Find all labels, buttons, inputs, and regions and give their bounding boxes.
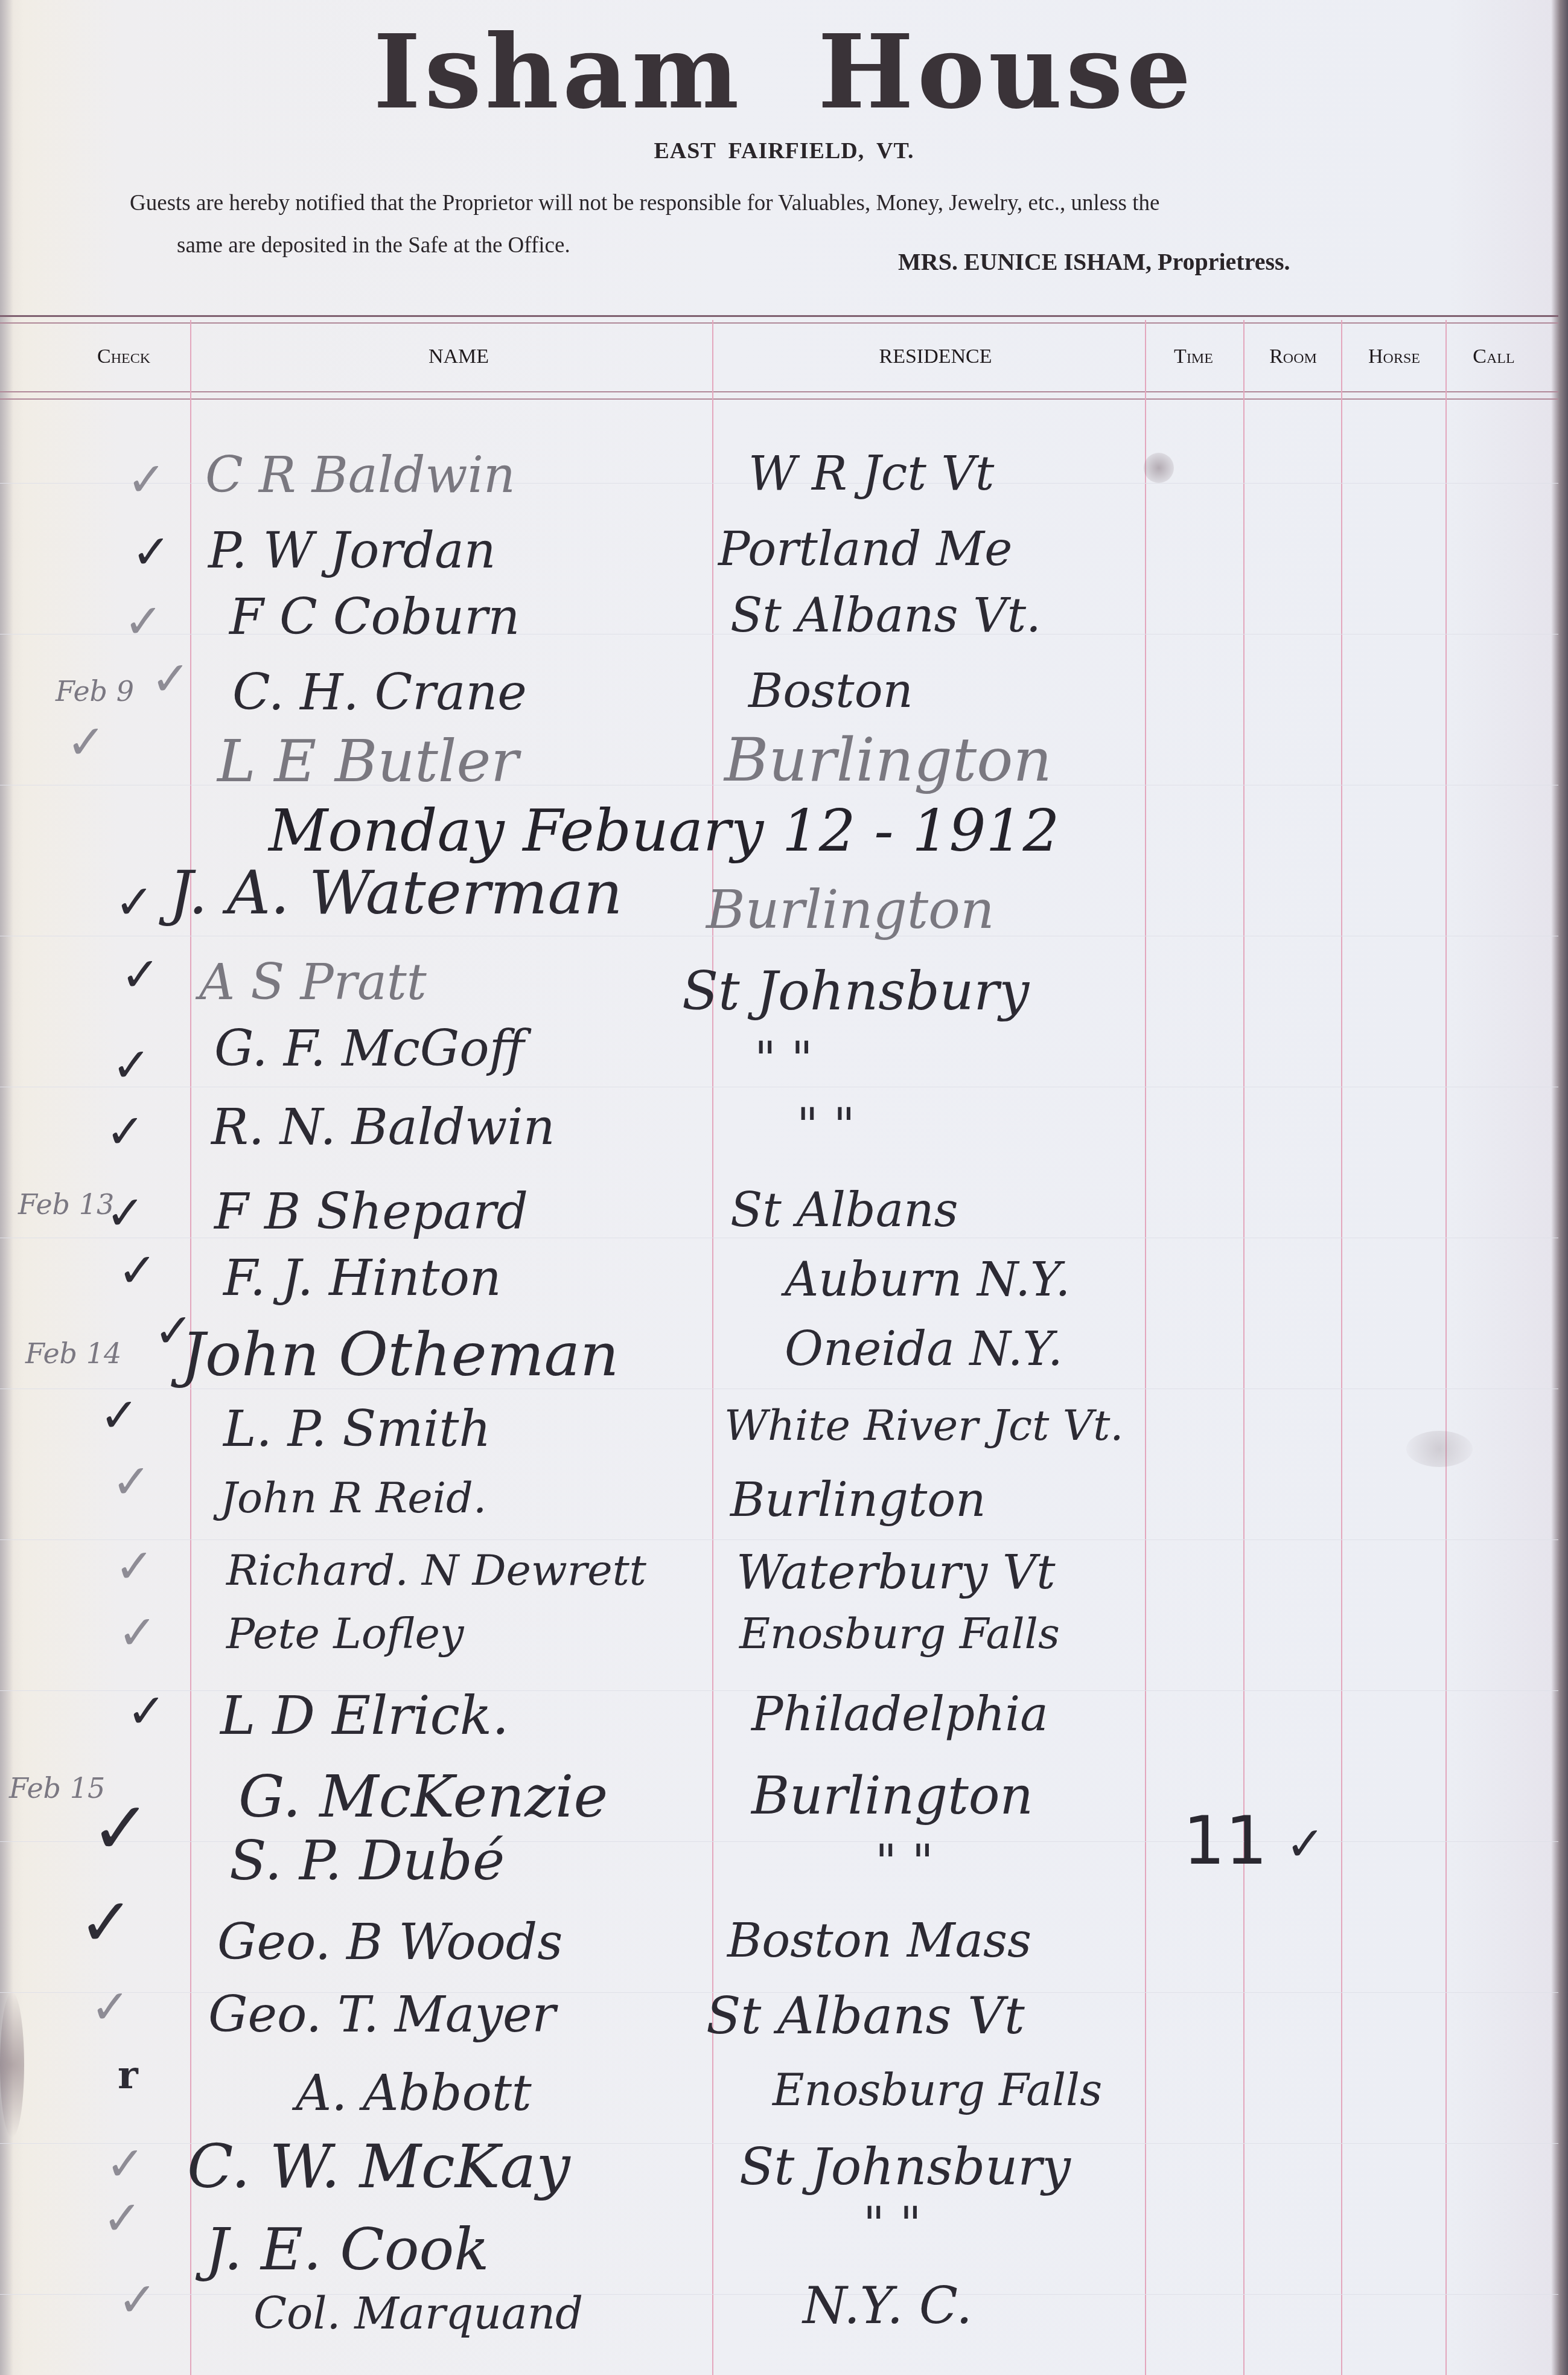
date-heading: Monday Febuary 12 - 1912 <box>269 797 1060 865</box>
check-mark: ✓ <box>112 1455 151 1509</box>
guest-name: F C Coburn <box>229 589 520 646</box>
column-divider <box>1145 320 1146 2375</box>
guest-name: Pete Lofley <box>226 1609 464 1658</box>
column-divider <box>1445 320 1447 2375</box>
guest-name: Col. Marquand <box>253 2288 583 2339</box>
guest-residence: N.Y. C. <box>803 2276 972 2335</box>
guest-name: J. E. Cook <box>205 2216 489 2283</box>
column-header-residence: RESIDENCE <box>839 345 1032 368</box>
guest-name: A. Abbott <box>296 2065 532 2122</box>
check-mark: ✓ <box>118 1244 157 1298</box>
guest-name: F. J. Hinton <box>223 1250 502 1307</box>
header-bottom-rule-2 <box>0 398 1558 400</box>
proprietress-line: MRS. EUNICE ISHAM, Proprietress. <box>898 248 1290 276</box>
check-mark: ✓ <box>127 453 166 507</box>
guest-residence: " " <box>754 1032 813 1087</box>
header-top-rule <box>0 315 1558 317</box>
check-mark: ✓ <box>106 2137 145 2191</box>
guest-name: G. F. McGoff <box>214 1020 524 1078</box>
guest-residence: Enosburg Falls <box>773 2065 1102 2115</box>
check-mark: ✓ <box>115 875 154 930</box>
guest-name: Geo. T. Mayer <box>208 1986 556 2044</box>
paper-stain <box>0 1992 24 2137</box>
column-header-horse: Horse <box>1346 345 1442 368</box>
guest-residence: St Johnsbury <box>739 2137 1071 2196</box>
guest-residence: St Johnsbury <box>682 960 1029 1022</box>
guest-name: C R Baldwin <box>205 447 515 504</box>
guest-name: John R Reid. <box>220 1473 486 1523</box>
column-header-time: Time <box>1153 345 1234 368</box>
guest-name: L E Butler <box>217 727 518 795</box>
check-mark: ✓ <box>151 652 190 706</box>
row-rule <box>0 1539 1558 1540</box>
check-mark: ✓ <box>127 1684 166 1739</box>
check-mark: ✓ <box>106 1186 145 1241</box>
check-mark: ✓ <box>91 1980 130 2035</box>
call-check-mark: ✓ <box>1286 1817 1325 1872</box>
column-divider <box>1243 320 1245 2375</box>
guest-residence: White River Jct Vt. <box>724 1401 1124 1450</box>
guest-residence: St Albans Vt <box>706 1986 1025 2045</box>
guest-residence: Oneida N.Y. <box>785 1322 1063 1376</box>
guest-name: J. A. Waterman <box>169 857 622 928</box>
column-divider <box>1341 320 1342 2375</box>
check-mark: ✓ <box>91 1787 151 1871</box>
guest-name: C. H. Crane <box>232 664 527 721</box>
guest-residence: Burlington <box>730 1473 986 1527</box>
column-divider <box>712 320 713 2375</box>
check-mark: ✓ <box>112 1038 151 1093</box>
guest-name: S. P. Dubé <box>229 1829 505 1893</box>
guest-residence: Boston <box>748 664 913 718</box>
guest-residence: Waterbury Vt <box>736 1546 1056 1600</box>
guest-name: F B Shepard <box>214 1183 528 1241</box>
paper-stain <box>1144 453 1174 483</box>
check-mark: ✓ <box>103 2191 142 2246</box>
guest-name: P. W Jordan <box>208 522 496 580</box>
header-top-rule-2 <box>0 322 1558 324</box>
guest-residence: " " <box>863 2198 922 2252</box>
guest-residence: Burlington <box>724 724 1052 795</box>
notice-line-1: Guests are hereby notified that the Prop… <box>130 191 1159 216</box>
hotel-title: Isham House <box>0 12 1568 132</box>
guest-residence: Portland Me <box>718 522 1012 577</box>
check-mark: r <box>118 2053 138 2098</box>
guest-residence: St Albans <box>730 1183 958 1238</box>
guest-name: C. W. McKay <box>187 2131 570 2202</box>
check-mark: ✓ <box>132 525 171 580</box>
column-header-name: NAME <box>386 345 531 368</box>
guest-name: Geo. B Woods <box>217 1914 563 1971</box>
date-note: Feb 13 <box>18 1188 114 1221</box>
guest-name: John Otheman <box>181 1319 619 1390</box>
guest-residence: Philadelphia <box>751 1687 1048 1742</box>
date-note: Feb 9 <box>56 675 134 708</box>
guest-residence: Enosburg Falls <box>739 1609 1060 1658</box>
guest-name: A S Pratt <box>199 954 427 1011</box>
guest-name: R. N. Baldwin <box>211 1099 555 1156</box>
column-header-call: Call <box>1448 345 1539 368</box>
check-mark: ✓ <box>124 595 163 649</box>
check-mark: ✓ <box>106 1105 145 1159</box>
date-note: Feb 14 <box>25 1337 121 1370</box>
row-rule <box>0 1087 1558 1087</box>
check-mark: ✓ <box>118 2273 157 2327</box>
guest-residence: W R Jct Vt <box>748 447 994 501</box>
check-mark: ✓ <box>66 715 106 770</box>
guest-residence: St Albans Vt. <box>730 589 1041 643</box>
row-rule <box>0 2294 1558 2295</box>
check-mark: ✓ <box>115 1539 154 1594</box>
guest-residence: " " <box>797 1099 855 1153</box>
guest-residence: " " <box>875 1835 934 1890</box>
check-mark: ✓ <box>121 948 160 1002</box>
guest-name: L D Elrick. <box>220 1684 509 1747</box>
guest-residence: Burlington <box>751 1766 1033 1826</box>
guest-residence: Burlington <box>706 878 995 941</box>
register-page: Isham House EAST FAIRFIELD, VT. Guests a… <box>0 0 1568 2375</box>
guest-name: L. P. Smith <box>223 1401 491 1458</box>
guest-residence: Auburn N.Y. <box>785 1253 1070 1307</box>
column-header-room: Room <box>1249 345 1337 368</box>
guest-name: Richard. N Dewrett <box>226 1546 646 1595</box>
guest-residence: Boston Mass <box>727 1914 1031 1968</box>
hotel-location: EAST FAIRFIELD, VT. <box>0 138 1568 164</box>
column-header-check: Check <box>78 345 169 368</box>
room-number: 11 <box>1183 1802 1267 1879</box>
check-mark: ✓ <box>78 1884 134 1961</box>
paper-stain <box>1406 1431 1473 1467</box>
check-mark: ✓ <box>118 1606 157 1660</box>
header-bottom-rule <box>0 391 1558 392</box>
check-mark: ✓ <box>100 1389 139 1443</box>
guest-name: G. McKenzie <box>238 1763 608 1830</box>
